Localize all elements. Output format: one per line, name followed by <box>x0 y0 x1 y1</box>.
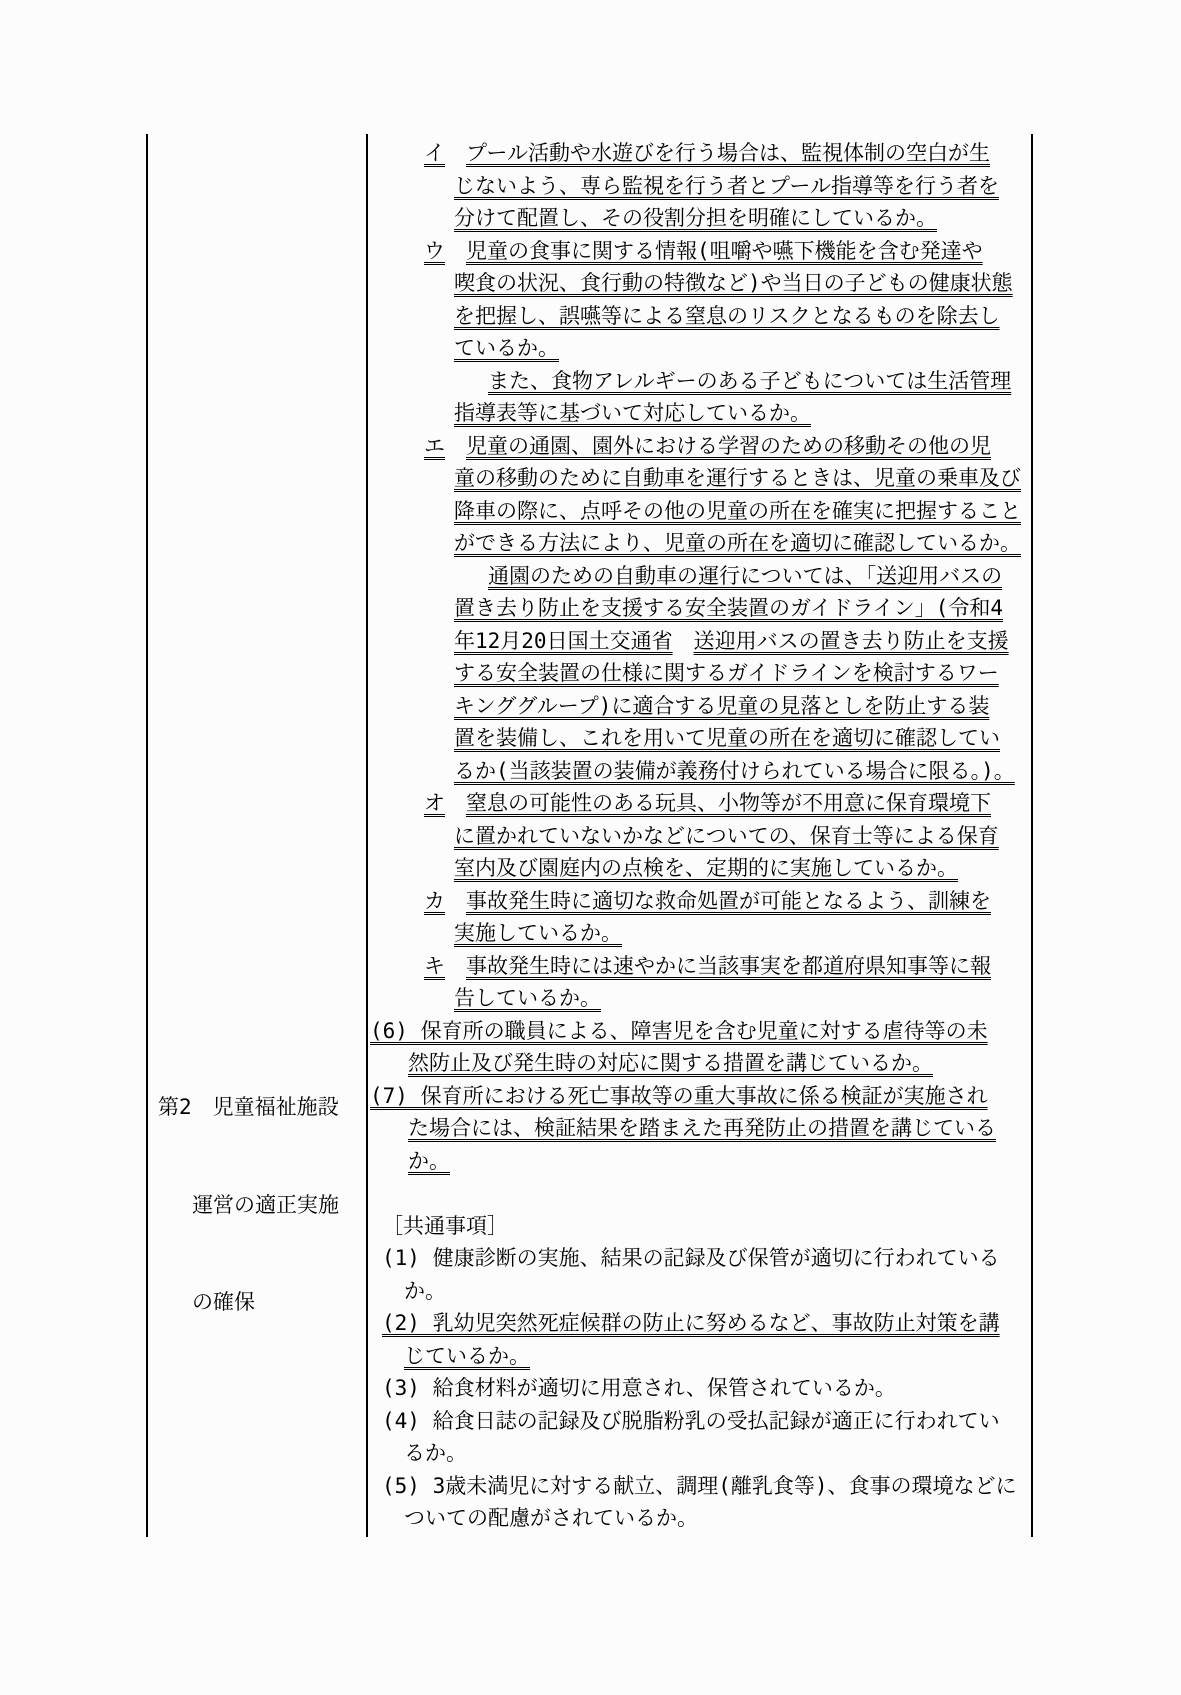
text-line: ［共通事項］ <box>368 1210 1031 1243</box>
text-line: キンググループ)に適合する児童の見落としを防止する装 <box>368 690 1031 723</box>
text-line: 指導表等に基づいて対応しているか。 <box>368 397 1031 430</box>
ideographic-gap <box>445 889 466 913</box>
line-text: た場合には、検証結果を踏まえた再発防止の措置を講じている <box>408 1116 996 1140</box>
line-text: ができる方法により、児童の所在を適切に確認しているか。 <box>454 531 1021 555</box>
line-text: 送迎用バスの置き去り防止を支援 <box>694 629 1009 653</box>
text-line: か。 <box>368 1145 1031 1178</box>
text-line: オ 窒息の可能性のある玩具、小物等が不用意に保育環境下 <box>368 787 1031 820</box>
text-line: (7) 保育所における死亡事故等の重大事故に係る検証が実施され <box>368 1080 1031 1113</box>
line-text: 実施しているか。 <box>454 921 622 945</box>
line-text: じないよう、専ら監視を行う者とプール指導等を行う者を <box>454 174 999 198</box>
table-border-right <box>1031 134 1033 1537</box>
line-text: 指導表等に基づいて対応しているか。 <box>454 401 811 425</box>
ideographic-gap <box>445 791 466 815</box>
line-text: を把握し、誤嚥等による窒息のリスクとなるものを除去し <box>454 304 1000 328</box>
line-text: (4) 給食日誌の記録及び脱脂粉乳の受払記録が適正に行われてい <box>382 1409 1000 1433</box>
text-line: (2) 乳幼児突然死症候群の防止に努めるなど、事故防止対策を講 <box>368 1307 1031 1340</box>
line-text: 告しているか。 <box>454 986 601 1010</box>
line-text: に置かれていないかなどについての、保育士等による保育 <box>454 824 999 848</box>
line-text: (2) 乳幼児突然死症候群の防止に努めるなど、事故防止対策を講 <box>382 1311 1000 1335</box>
ideographic-gap <box>445 434 466 458</box>
text-line: るか(当該装置の装備が義務付けられている場合に限る。)。 <box>368 755 1031 788</box>
text-line: 童の移動のために自動車を運行するときは、児童の乗車及び <box>368 462 1031 495</box>
text-line: じているか。 <box>368 1340 1031 1373</box>
text-line: ができる方法により、児童の所在を適切に確認しているか。 <box>368 527 1031 560</box>
line-text: ているか。 <box>454 336 559 360</box>
category-heading-line: 第2 児童福祉施設 <box>158 1091 358 1124</box>
text-line: (6) 保育所の職員による、障害児を含む児童に対する虐待等の未 <box>368 1015 1031 1048</box>
table-border-left <box>146 134 148 1537</box>
text-line: 通園のための自動車の運行については、「送迎用バスの <box>368 560 1031 593</box>
line-text: また、食物アレルギーのある子どもについては生活管理 <box>488 369 1011 393</box>
line-text: 児童の通園、園外における学習のための移動その他の児 <box>466 434 991 458</box>
line-text: (3) 給食材料が適切に用意され、保管されているか。 <box>382 1376 896 1400</box>
text-line: 年12月20日国土交通省 送迎用バスの置き去り防止を支援 <box>368 625 1031 658</box>
text-line: か。 <box>368 1275 1031 1308</box>
line-text: ついての配慮がされているか。 <box>404 1506 698 1530</box>
ideographic-gap <box>445 954 466 978</box>
text-line: (4) 給食日誌の記録及び脱脂粉乳の受払記録が適正に行われてい <box>368 1405 1031 1438</box>
text-line: ているか。 <box>368 332 1031 365</box>
line-text: か。 <box>404 1279 446 1303</box>
ideographic-gap <box>673 629 694 653</box>
text-line: 分けて配置し、その役割分担を明確にしているか。 <box>368 202 1031 235</box>
text-line: カ 事故発生時に適切な救命処置が可能となるよう、訓練を <box>368 885 1031 918</box>
text-line: を把握し、誤嚥等による窒息のリスクとなるものを除去し <box>368 300 1031 333</box>
text-line: (3) 給食材料が適切に用意され、保管されているか。 <box>368 1372 1031 1405</box>
text-line: 喫食の状況、食行動の特徴など)や当日の子どもの健康状態 <box>368 267 1031 300</box>
text-line: 然防止及び発生時の対応に関する措置を講じているか。 <box>368 1047 1031 1080</box>
line-text: 通園のための自動車の運行については、「送迎用バスの <box>488 564 1002 588</box>
line-text: する安全装置の仕様に関するガイドラインを検討するワー <box>454 661 999 685</box>
category-heading-line: の確保 <box>158 1286 358 1319</box>
text-line <box>368 1177 1031 1210</box>
line-text: プール活動や水遊びを行う場合は、監視体制の空白が生 <box>466 141 990 165</box>
item-marker: オ <box>424 791 445 815</box>
line-text: 置を装備し、これを用いて児童の所在を適切に確認してい <box>454 726 1000 750</box>
document-page: { "page": { "background": "#fcfcfc", "te… <box>0 0 1181 1695</box>
line-text: ［共通事項］ <box>382 1214 508 1238</box>
text-line: する安全装置の仕様に関するガイドラインを検討するワー <box>368 657 1031 690</box>
line-text: 年12月20日国土交通省 <box>454 629 673 653</box>
text-line: キ 事故発生時には速やかに当該事実を都道府県知事等に報 <box>368 950 1031 983</box>
line-text: 分けて配置し、その役割分担を明確にしているか。 <box>454 206 937 230</box>
item-marker: ウ <box>424 239 445 263</box>
text-line: た場合には、検証結果を踏まえた再発防止の措置を講じている <box>368 1112 1031 1145</box>
item-marker: イ <box>424 141 445 165</box>
line-text: るか(当該装置の装備が義務付けられている場合に限る。)。 <box>454 759 1015 783</box>
text-line: エ 児童の通園、園外における学習のための移動その他の児 <box>368 430 1031 463</box>
line-text: るか。 <box>404 1441 467 1465</box>
item-marker: カ <box>424 889 445 913</box>
line-text: (5) 3歳未満児に対する献立、調理(離乳食等)、食事の環境などに <box>382 1474 1017 1498</box>
text-line: (5) 3歳未満児に対する献立、調理(離乳食等)、食事の環境などに <box>368 1470 1031 1503</box>
text-line: 置を装備し、これを用いて児童の所在を適切に確認してい <box>368 722 1031 755</box>
line-text: (7) 保育所における死亡事故等の重大事故に係る検証が実施され <box>370 1084 988 1108</box>
text-line: じないよう、専ら監視を行う者とプール指導等を行う者を <box>368 170 1031 203</box>
text-line: 室内及び園庭内の点検を、定期的に実施しているか。 <box>368 852 1031 885</box>
text-line: (1) 健康診断の実施、結果の記録及び保管が適切に行われている <box>368 1242 1031 1275</box>
text-line: 告しているか。 <box>368 982 1031 1015</box>
line-text: 事故発生時には速やかに当該事実を都道府県知事等に報 <box>466 954 991 978</box>
line-text: 事故発生時に適切な救命処置が可能となるよう、訓練を <box>466 889 991 913</box>
text-line: 実施しているか。 <box>368 917 1031 950</box>
category-column: 第2 児童福祉施設 運営の適正実施 の確保 <box>158 1026 358 1351</box>
line-text: 降車の際に、点呼その他の児童の所在を確実に把握すること <box>454 499 1021 523</box>
line-text: 喫食の状況、食行動の特徴など)や当日の子どもの健康状態 <box>454 271 1013 295</box>
text-line: 置き去り防止を支援する安全装置のガイドライン」(令和4 <box>368 592 1031 625</box>
text-line: ウ 児童の食事に関する情報(咀嚼や嚥下機能を含む発達や <box>368 235 1031 268</box>
line-text: 置き去り防止を支援する安全装置のガイドライン」(令和4 <box>454 596 1003 620</box>
line-text: じているか。 <box>404 1344 530 1368</box>
ideographic-gap <box>445 239 466 263</box>
line-text: (1) 健康診断の実施、結果の記録及び保管が適切に行われている <box>382 1246 1000 1270</box>
text-line: 降車の際に、点呼その他の児童の所在を確実に把握すること <box>368 495 1031 528</box>
text-line: ついての配慮がされているか。 <box>368 1502 1031 1535</box>
line-text: 児童の食事に関する情報(咀嚼や嚥下機能を含む発達や <box>466 239 983 263</box>
text-line: イ プール活動や水遊びを行う場合は、監視体制の空白が生 <box>368 137 1031 170</box>
line-text: (6) 保育所の職員による、障害児を含む児童に対する虐待等の未 <box>370 1019 988 1043</box>
line-text: 室内及び園庭内の点検を、定期的に実施しているか。 <box>454 856 958 880</box>
text-line: また、食物アレルギーのある子どもについては生活管理 <box>368 365 1031 398</box>
ideographic-gap <box>445 141 466 165</box>
line-text: 窒息の可能性のある玩具、小物等が不用意に保育環境下 <box>466 791 991 815</box>
text-line: るか。 <box>368 1437 1031 1470</box>
line-text: 童の移動のために自動車を運行するときは、児童の乗車及び <box>454 466 1021 490</box>
category-heading-line: 運営の適正実施 <box>158 1189 358 1222</box>
item-marker: キ <box>424 954 445 978</box>
text-line: に置かれていないかなどについての、保育士等による保育 <box>368 820 1031 853</box>
item-marker: エ <box>424 434 445 458</box>
line-text: 然防止及び発生時の対応に関する措置を講じているか。 <box>408 1051 933 1075</box>
items-column: イ プール活動や水遊びを行う場合は、監視体制の空白が生じないよう、専ら監視を行う… <box>368 137 1031 1535</box>
line-text: か。 <box>408 1149 450 1173</box>
line-text: キンググループ)に適合する児童の見落としを防止する装 <box>454 694 989 718</box>
